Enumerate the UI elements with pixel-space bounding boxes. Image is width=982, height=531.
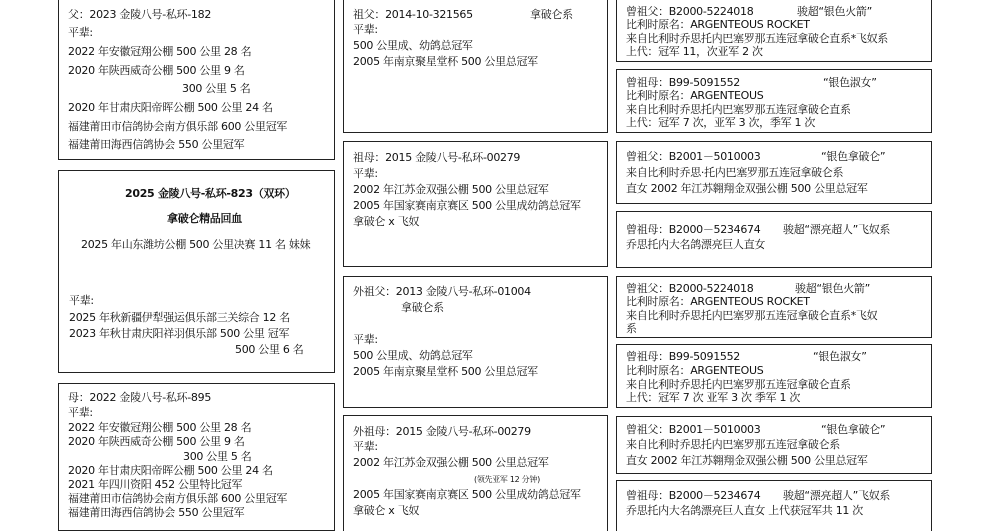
mother-title: 母：2022 金陵八号-私环-895: [68, 391, 211, 404]
mother-record: 2022 年安徽冠翔公棚 500 公里 28 名: [68, 421, 251, 434]
great-grandmother-title: 曾祖母：B2000－5234674: [626, 223, 760, 236]
father-record: 300 公里 5 名: [182, 82, 250, 95]
maternal-grandmother-title: 外祖母：2015 金陵八号-私环-00279: [353, 425, 531, 438]
father-title: 父：2023 金陵八号-私环-182: [68, 8, 211, 21]
subject-card: 2025 金陵八号-私环-823（双环） 拿破仑精品回血 2025 年山东潍坊公…: [58, 170, 335, 373]
father-record: 2020 年陕西威奇公棚 500 公里 9 名: [68, 64, 245, 77]
maternal-grandmother-record: 2002 年江苏金双强公棚 500 公里总冠军: [353, 456, 549, 469]
great-grandfather-record: 来自比利时乔思托内巴塞罗那五连冠拿破仑直系*飞奴系: [626, 32, 888, 45]
paternal-grandmother-card: 祖母：2015 金陵八号-私环-00279 平辈: 2002 年江苏金双强公棚 …: [343, 141, 608, 267]
maternal-grandfather-title: 外祖父：2013 金陵八号-私环-01004: [353, 285, 531, 298]
great-grandmother-name: “银色淑女”: [823, 76, 877, 89]
great-grandfather-card-4: 曾祖父：B2001－5010003 “银色拿破仑” 来自比利时乔思托内巴塞罗那五…: [616, 416, 932, 474]
subject-record: 2025 年秋新疆伊犁强运俱乐部三关综合 12 名: [69, 311, 290, 324]
maternal-grandfather-card: 外祖父：2013 金陵八号-私环-01004 拿破仑系 平辈: 500 公里成、…: [343, 276, 608, 408]
great-grandmother-record: 比利时原名：ARGENTEOUS: [626, 89, 763, 102]
father-record: 福建莆田市信鸽协会南方俱乐部 600 公里冠军: [68, 120, 287, 133]
great-grandmother-record: 乔思托内大名鸽漂亮巨人直女: [626, 238, 765, 251]
father-record: 福建莆田海西信鸽协会 550 公里冠军: [68, 138, 244, 151]
great-grandfather-title: 曾祖父：B2001－5010003: [626, 150, 760, 163]
mother-record: 2020 年甘肃庆阳帝晖公棚 500 公里 24 名: [68, 464, 273, 477]
subject-title: 2025 金陵八号-私环-823（双环）: [125, 187, 296, 200]
great-grandfather-card-1: 曾祖父：B2000-5224018 骏超“银色火箭” 比利时原名：ARGENTE…: [616, 0, 932, 62]
great-grandfather-record: 直女 2002 年江苏翱翔金双强公棚 500 公里总冠军: [626, 454, 868, 467]
subject-gen-label: 平辈:: [69, 294, 94, 307]
great-grandmother-record: 比利时原名：ARGENTEOUS: [626, 364, 763, 377]
great-grandfather-title: 曾祖父：B2000-5224018: [626, 5, 753, 18]
mother-record: 2021 年四川资阳 452 公里特比冠军: [68, 478, 242, 491]
subject-note: 2025 年山东潍坊公棚 500 公里决赛 11 名 妹妹: [81, 238, 310, 251]
subject-record: 2023 年秋甘肃庆阳祥羽俱乐部 500 公里 冠军: [69, 327, 289, 340]
great-grandmother-card-3: 曾祖母：B99-5091552 “银色淑女” 比利时原名：ARGENTEOUS …: [616, 344, 932, 408]
great-grandfather-name: “银色拿破仑”: [821, 423, 885, 436]
great-grandmother-record: 来自比利时乔思托内巴塞罗那五连冠拿破仑直系: [626, 103, 851, 116]
great-grandfather-record: 来自比利时乔思·托内巴塞罗那五连冠拿破仑系: [626, 166, 843, 179]
great-grandmother-name: 骏超“漂亮超人”飞奴系: [783, 489, 890, 502]
mother-record: 福建莆田海西信鸽协会 550 公里冠军: [68, 506, 244, 519]
great-grandfather-record: 上代：冠军 11，次亚军 2 次: [626, 45, 763, 58]
great-grandfather-record: 来自比利时乔思托内巴塞罗那五连冠拿破仑直系*飞奴: [626, 309, 877, 322]
mother-card: 母：2022 金陵八号-私环-895 平辈: 2022 年安徽冠翔公棚 500 …: [58, 383, 335, 531]
subject-subtitle: 拿破仑精品回血: [167, 212, 242, 225]
great-grandmother-card-4: 曾祖母：B2000－5234674 骏超“漂亮超人”飞奴系 乔思托内大名鸽漂亮巨…: [616, 480, 932, 531]
great-grandmother-record: 乔思托内大名鸽漂亮巨人直女 上代获冠军共 11 次: [626, 504, 863, 517]
great-grandmother-record: 上代：冠军 7 次，亚军 3 次，季军 1 次: [626, 116, 815, 129]
mother-record: 福建莆田市信鸽协会南方俱乐部 600 公里冠军: [68, 492, 287, 505]
paternal-grandfather-gen-label: 平辈:: [353, 23, 378, 36]
paternal-grandmother-record: 拿破仑 x 飞奴: [353, 215, 419, 228]
great-grandfather-card-3: 曾祖父：B2000-5224018 骏超“银色火箭” 比利时原名：ARGENTE…: [616, 276, 932, 338]
paternal-grandfather-record: 500 公里成、幼鸽总冠军: [353, 39, 473, 52]
maternal-grandfather-record: 500 公里成、幼鸽总冠军: [353, 349, 473, 362]
great-grandfather-record: 系: [626, 322, 637, 335]
great-grandmother-name: 骏超“漂亮超人”飞奴系: [783, 223, 890, 236]
father-record: 2020 年甘肃庆阳帝晖公棚 500 公里 24 名: [68, 101, 273, 114]
subject-record: 500 公里 6 名: [235, 343, 303, 356]
mother-record: 2020 年陕西威奇公棚 500 公里 9 名: [68, 435, 245, 448]
maternal-grandmother-gen-label: 平辈:: [353, 440, 378, 453]
maternal-grandfather-line-tag: 拿破仑系: [401, 301, 444, 314]
great-grandmother-card-2: 曾祖母：B2000－5234674 骏超“漂亮超人”飞奴系 乔思托内大名鸽漂亮巨…: [616, 211, 932, 268]
father-card: 父：2023 金陵八号-私环-182 平辈: 2022 年安徽冠翔公棚 500 …: [58, 0, 335, 160]
father-record: 2022 年安徽冠翔公棚 500 公里 28 名: [68, 45, 251, 58]
great-grandmother-title: 曾祖母：B99-5091552: [626, 350, 740, 363]
maternal-grandmother-record: 拿破仑 x 飞奴: [353, 504, 419, 517]
great-grandmother-title: 曾祖母：B2000－5234674: [626, 489, 760, 502]
great-grandfather-record: 比利时原名：ARGENTEOUS ROCKET: [626, 18, 810, 31]
great-grandmother-record: 来自比利时乔思托内巴塞罗那五连冠拿破仑直系: [626, 378, 851, 391]
mother-gen-label: 平辈:: [68, 406, 93, 419]
paternal-grandmother-record: 2002 年江苏金双强公棚 500 公里总冠军: [353, 183, 549, 196]
maternal-grandfather-record: 2005 年南京聚星堂杯 500 公里总冠军: [353, 365, 538, 378]
great-grandfather-record: 来自比利时乔思托内巴塞罗那五连冠拿破仑系: [626, 438, 840, 451]
great-grandfather-name: 骏超“银色火箭”: [795, 282, 870, 295]
mother-record: 300 公里 5 名: [183, 450, 251, 463]
great-grandmother-record: 上代：冠军 7 次 亚军 3 次 季军 1 次: [626, 391, 800, 404]
paternal-grandmother-gen-label: 平辈:: [353, 167, 378, 180]
paternal-grandmother-record: 2005 年国家赛南京赛区 500 公里成幼鸽总冠军: [353, 199, 581, 212]
great-grandfather-card-2: 曾祖父：B2001－5010003 “银色拿破仑” 来自比利时乔思·托内巴塞罗那…: [616, 141, 932, 204]
paternal-grandfather-title: 祖父：2014-10-321565: [353, 8, 473, 21]
great-grandmother-title: 曾祖母：B99-5091552: [626, 76, 740, 89]
great-grandfather-title: 曾祖父：B2001－5010003: [626, 423, 760, 436]
father-gen-label: 平辈:: [68, 26, 93, 39]
great-grandmother-name: “银色淑女”: [813, 350, 867, 363]
great-grandfather-record: 比利时原名：ARGENTEOUS ROCKET: [626, 295, 810, 308]
great-grandfather-title: 曾祖父：B2000-5224018: [626, 282, 753, 295]
maternal-grandmother-record: 2005 年国家赛南京赛区 500 公里成幼鸽总冠军: [353, 488, 581, 501]
paternal-grandmother-title: 祖母：2015 金陵八号-私环-00279: [353, 151, 520, 164]
great-grandmother-card-1: 曾祖母：B99-5091552 “银色淑女” 比利时原名：ARGENTEOUS …: [616, 69, 932, 133]
paternal-grandfather-record: 2005 年南京聚星堂杯 500 公里总冠军: [353, 55, 538, 68]
maternal-grandmother-card: 外祖母：2015 金陵八号-私环-00279 平辈: 2002 年江苏金双强公棚…: [343, 415, 608, 531]
maternal-grandmother-lead-note: (领先亚军 12 分钟): [474, 473, 540, 486]
great-grandfather-record: 直女 2002 年江苏翱翔金双强公棚 500 公里总冠军: [626, 182, 868, 195]
great-grandfather-name: “银色拿破仑”: [821, 150, 885, 163]
paternal-grandfather-line-tag: 拿破仑系: [530, 8, 573, 21]
great-grandfather-name: 骏超“银色火箭”: [797, 5, 872, 18]
maternal-grandfather-gen-label: 平辈:: [353, 333, 378, 346]
paternal-grandfather-card: 祖父：2014-10-321565 拿破仑系 平辈: 500 公里成、幼鸽总冠军…: [343, 0, 608, 133]
